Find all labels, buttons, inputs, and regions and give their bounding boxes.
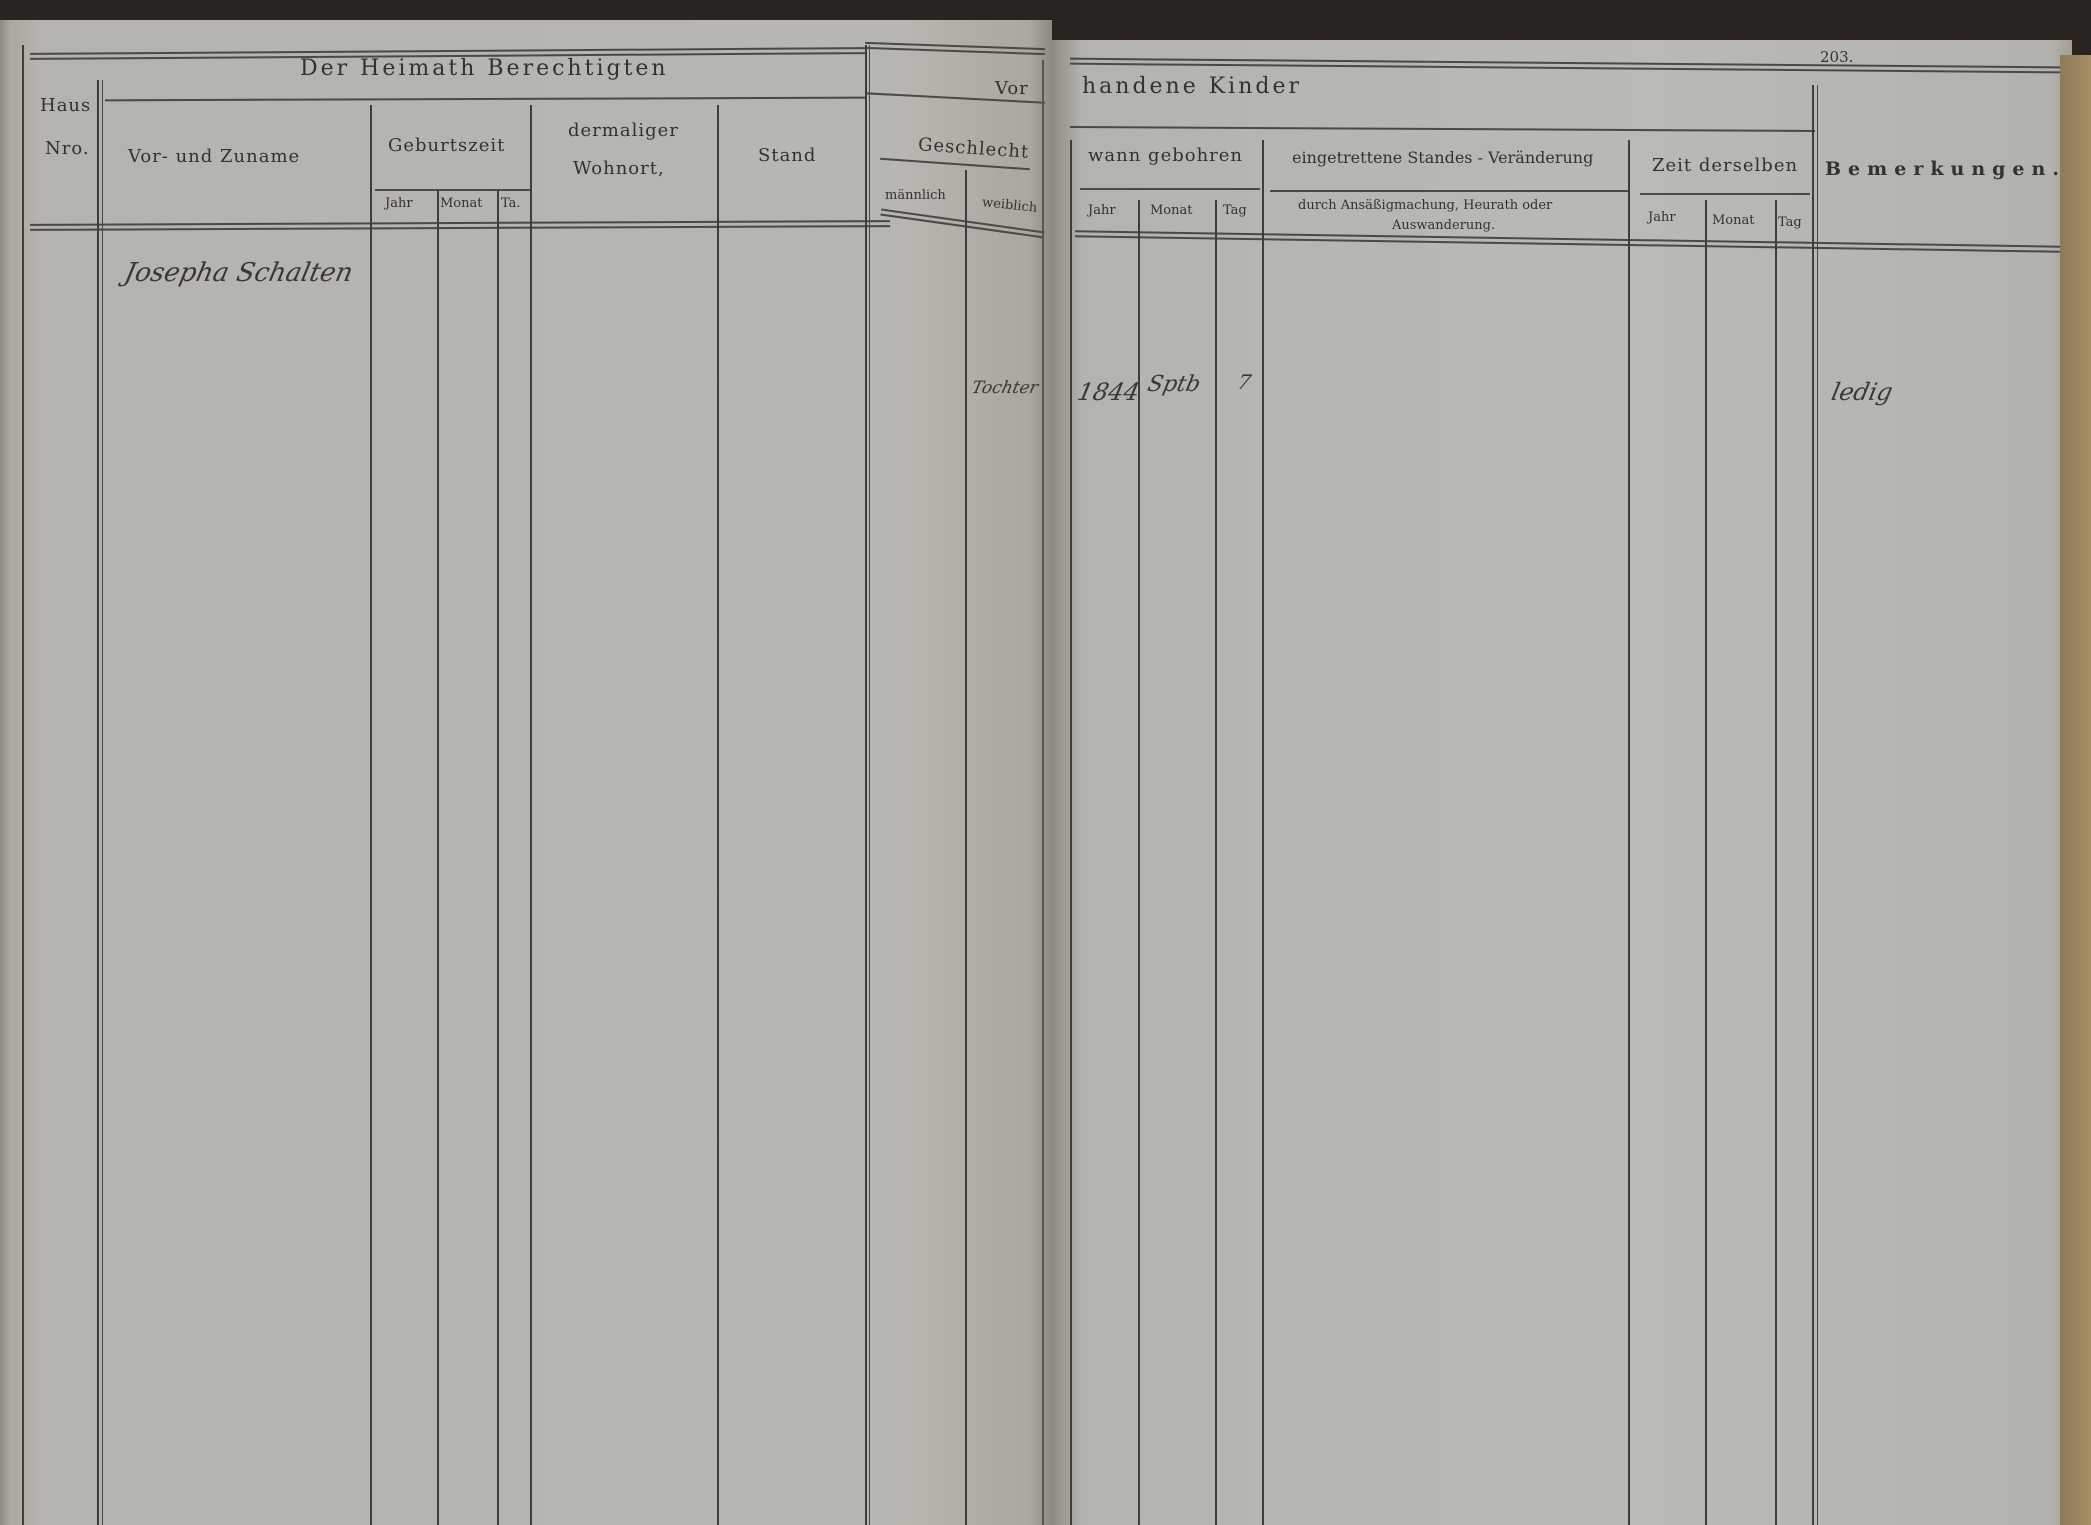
col-maennlich-end	[965, 170, 967, 1525]
zeit-derselben-sub-rule	[1640, 193, 1810, 195]
col-r-monat-end	[1215, 200, 1217, 1525]
entry-born-year: 1844	[1075, 378, 1142, 406]
header-veraenderung: eingetrettene Standes - Veränderung	[1292, 148, 1593, 167]
header-veraenderung-sub2: Auswanderung.	[1392, 218, 1495, 233]
col-stand-end	[865, 45, 867, 1525]
col-veraenderung-end	[1628, 140, 1630, 1525]
header-bemerkungen: Bemerkungen.	[1825, 158, 2066, 180]
header-r-jahr: Jahr	[1088, 203, 1116, 218]
header-r-tag: Tag	[1223, 203, 1247, 218]
book-cover-edge	[2060, 55, 2091, 1525]
col-zeit-tag-end-double	[1817, 85, 1818, 1525]
left-border	[22, 45, 24, 1525]
geburtszeit-sub-rule	[375, 189, 530, 191]
header-veraenderung-sub1: durch Ansäßigmachung, Heurath oder	[1298, 198, 1552, 213]
col-tag-end	[530, 105, 532, 1525]
title-heimath-berechtigten: Der Heimath Berechtigten	[300, 56, 669, 81]
header-tag: Ta.	[501, 196, 521, 211]
header-monat: Monat	[440, 196, 483, 211]
veraenderung-sub-rule	[1270, 190, 1630, 192]
col-stand-end-double	[869, 45, 870, 1525]
col-jahr-end	[437, 190, 439, 1525]
col-wohnort-end	[717, 105, 719, 1525]
header-zeit-derselben: Zeit derselben	[1652, 155, 1798, 176]
col-r-tag-end	[1262, 140, 1264, 1525]
col-name-end	[370, 105, 372, 1525]
entry-weiblich: Tochter	[970, 378, 1040, 398]
wann-geboren-sub-rule	[1080, 188, 1260, 190]
header-jahr: Jahr	[385, 196, 413, 211]
header-name: Vor- und Zuname	[128, 146, 300, 167]
page-number: 203.	[1820, 48, 1853, 66]
header-r-monat: Monat	[1150, 203, 1193, 218]
header-haus: Haus	[40, 95, 91, 116]
title-vorhandene-kinder: handene Kinder	[1082, 74, 1302, 99]
header-maennlich: männlich	[885, 188, 946, 203]
col-r-jahr-end	[1138, 200, 1140, 1525]
entry-name: Josepha Schalten	[122, 258, 356, 288]
col-zeit-jahr-end	[1705, 200, 1707, 1525]
gutter-line	[1042, 60, 1044, 1525]
header-nro: Nro.	[45, 138, 90, 159]
header-wohnort-line1: dermaliger	[568, 120, 679, 141]
right-page	[1052, 40, 2072, 1525]
entry-bemerkungen: ledig	[1829, 378, 1895, 406]
header-wohnort-line2: Wohnort,	[573, 158, 665, 179]
entry-born-month: Sptb	[1145, 372, 1202, 397]
header-zeit-jahr: Jahr	[1648, 210, 1676, 225]
col-haus-end-double	[102, 80, 103, 1525]
col-monat-end	[497, 190, 499, 1525]
col-zeit-tag-end	[1812, 85, 1814, 1525]
header-geburtszeit: Geburtszeit	[388, 135, 505, 156]
header-stand: Stand	[758, 145, 816, 166]
header-vor: Vor	[995, 78, 1029, 99]
right-border-left	[1070, 140, 1072, 1525]
header-zeit-monat: Monat	[1712, 213, 1755, 228]
left-page	[0, 20, 1052, 1525]
col-haus-end	[97, 80, 99, 1525]
header-wann-geboren: wann gebohren	[1088, 145, 1243, 166]
col-zeit-monat-end	[1775, 200, 1777, 1525]
header-zeit-tag: Tag	[1778, 215, 1802, 230]
